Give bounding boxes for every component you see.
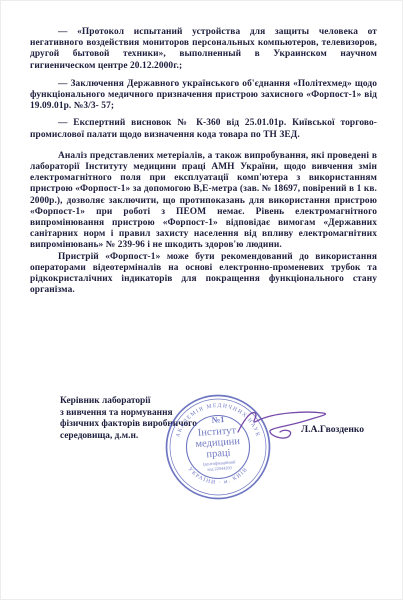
signature-stroke [238,412,325,438]
paragraph-заключення-політехмед: — Заключення Державного українського об'… [30,79,377,113]
stamp-id-line2: код 22944269 [207,465,232,472]
document-body: — «Протокол испытаний устройства для защ… [30,27,377,296]
handwritten-signature [222,398,377,453]
paragraph-рекомендація: Пристрій «Форпост-1» може бути рекомендо… [30,252,377,297]
scanned-document-page: — «Протокол испытаний устройства для защ… [0,0,403,600]
paragraph-експертний-висновок: — Експертний висновок № К-360 від 25.01.… [30,118,377,140]
paragraph-protocol-испытаний: — «Протокол испытаний устройства для защ… [30,27,377,72]
paragraph-аналіз-матеріалів: Аналіз представлених метеріалів, а також… [30,151,377,252]
